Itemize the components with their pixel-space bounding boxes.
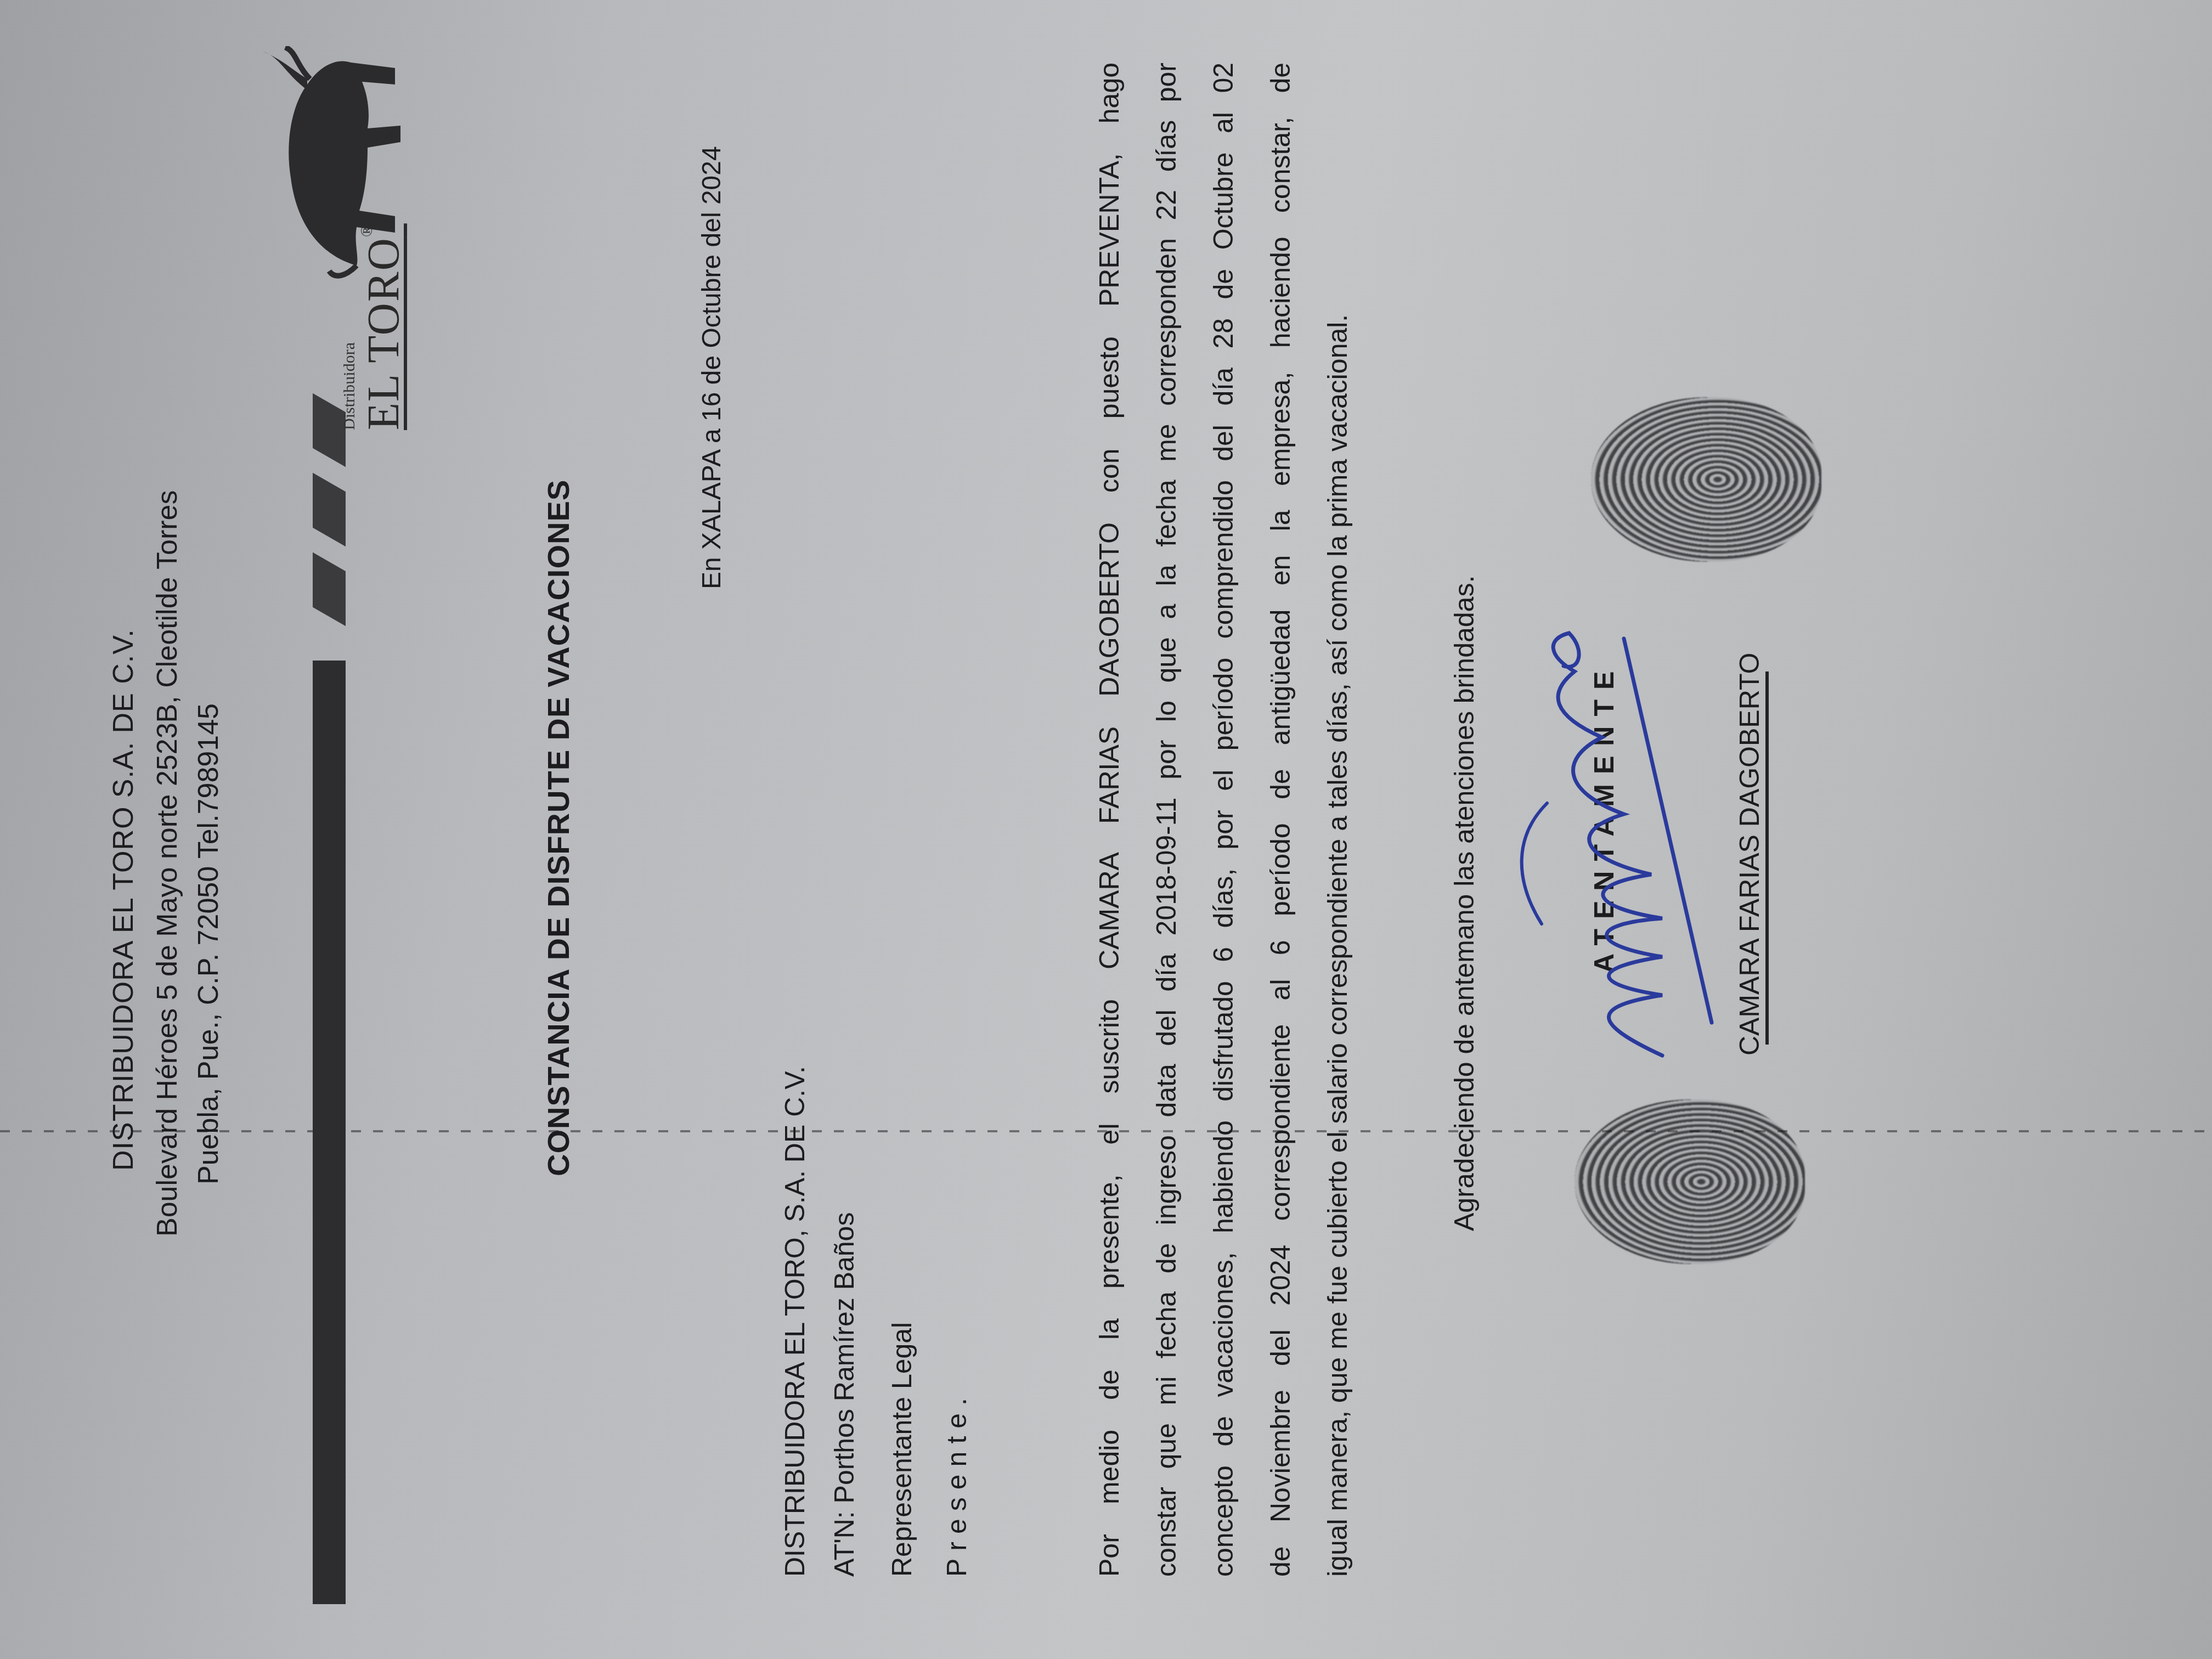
photo-page: DISTRIBUIDORA EL TORO S.A. DE C.V. Boule… — [0, 0, 2212, 1659]
header-address-line1: Boulevard Héroes 5 de Mayo norte 2523B, … — [151, 490, 184, 1237]
addressee-role: Representante Legal — [886, 1322, 918, 1577]
body-paragraph: Por medio de la presente, el suscrito CA… — [1081, 63, 1366, 1577]
decorative-bar-segment — [313, 473, 346, 547]
addressee-company: DISTRIBUIDORA EL TORO, S.A. DE C.V. — [779, 1066, 811, 1577]
header-company: DISTRIBUIDORA EL TORO S.A. DE C.V. — [107, 629, 140, 1171]
body-line: concepto de vacaciones, habiendo disfrut… — [1195, 63, 1252, 1577]
body-line: Por medio de la presente, el suscrito CA… — [1081, 63, 1138, 1577]
decorative-bar — [313, 298, 346, 1604]
addressee-greeting: Presente. — [941, 1390, 973, 1577]
letter-sheet: DISTRIBUIDORA EL TORO S.A. DE C.V. Boule… — [0, 0, 2212, 1659]
signature-line — [1765, 672, 1769, 1045]
header-address-line2: Puebla, Pue., C.P. 72050 Tel.7989145 — [192, 703, 225, 1184]
bull-icon — [230, 46, 406, 287]
closing-text: Agradeciendo de antemano las atenciones … — [1448, 575, 1480, 1231]
decorative-bar-long — [313, 661, 346, 1604]
addressee-attention: AT'N: Porthos Ramírez Baños — [828, 1212, 860, 1577]
fingerprint-left — [1575, 1099, 1805, 1264]
fingerprint-right — [1591, 397, 1821, 562]
handwritten-signature — [1481, 595, 1756, 1088]
place-date: En XALAPA a 16 de Octubre del 2024 — [697, 146, 727, 589]
decorative-bar-segment — [313, 552, 346, 627]
body-line: constar que mi fecha de ingreso data del… — [1138, 63, 1195, 1577]
body-line: igual manera, que me fue cubierto el sal… — [1309, 63, 1366, 1577]
document-title: CONSTANCIA DE DISFRUTE DE VACACIONES — [540, 479, 576, 1176]
company-logo: Distribuidora EL TORO® — [230, 35, 450, 430]
logo-small-text: Distribuidora — [340, 342, 359, 430]
body-line: de Noviembre del 2024 correspondiente al… — [1252, 63, 1309, 1577]
